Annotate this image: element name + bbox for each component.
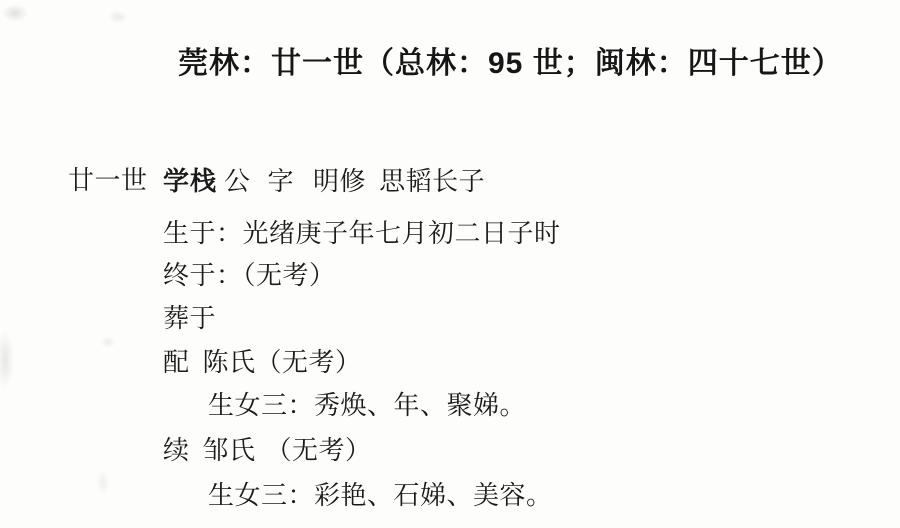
spouse1-label: 配: [163, 348, 190, 377]
generation-label: 廿一世: [68, 166, 148, 196]
spouse1-name: 陈氏（无考）: [203, 348, 362, 377]
birth-line: 生于：光绪庚子年七月初二日子时: [163, 219, 561, 249]
person-honorific: 公: [224, 167, 251, 196]
page-title: 莞林：廿一世（总林：95 世；闽林：四十七世）: [178, 38, 843, 82]
spouse2-label: 续: [163, 436, 190, 465]
lineage-note: 思韬长子: [379, 167, 485, 196]
spouse2-name: 邹氏: [203, 436, 256, 465]
person-header-row: 学栈公字明修思韬长子: [163, 166, 485, 197]
scan-smudge: [2, 4, 28, 22]
burial-line: 葬于: [163, 304, 216, 334]
person-name: 学栈: [163, 166, 217, 196]
scan-smudge: [96, 470, 110, 496]
spouse2-note: （无考）: [266, 436, 372, 465]
scan-smudge: [108, 10, 128, 24]
courtesy-name: 明修: [313, 167, 366, 196]
spouse2-line: 续邹氏（无考）: [163, 436, 372, 466]
spouse1-line: 配陈氏（无考）: [163, 348, 362, 378]
spouse1-children-line: 生女三：秀焕、年、聚娣。: [208, 391, 526, 421]
scan-smudge: [100, 336, 116, 348]
courtesy-prefix: 字: [268, 167, 295, 196]
genealogy-page: 莞林：廿一世（总林：95 世；闽林：四十七世） 廿一世 学栈公字明修思韬长子 生…: [0, 0, 900, 528]
spouse2-children-line: 生女三：彩艳、石娣、美容。: [208, 481, 553, 511]
death-line: 终于：（无考）: [163, 261, 336, 291]
scan-smudge: [0, 330, 14, 390]
